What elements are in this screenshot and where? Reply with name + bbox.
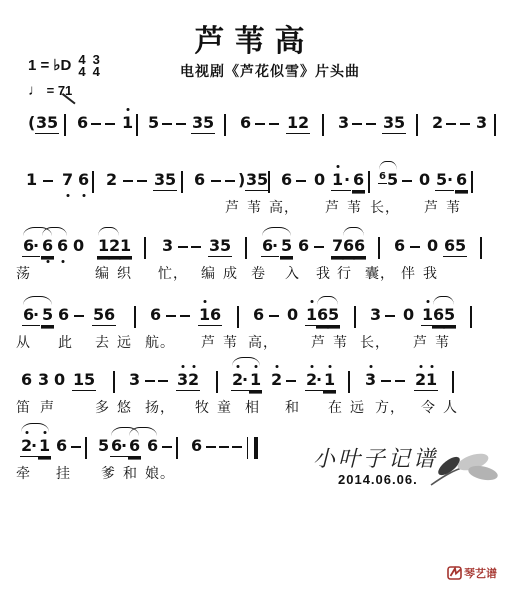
lyric: 爹 [101,463,116,483]
note: 6 [297,236,310,256]
lyric: 长， [360,332,390,352]
augmentation-dot: · [30,436,38,457]
note: 5 [41,305,54,326]
duration-dash [366,123,376,125]
barline [176,437,178,459]
note: 3 [128,370,141,390]
note: 5 [83,370,96,391]
note: 6 [41,236,54,257]
lyric: 高， [269,197,299,217]
note: 6 [455,170,468,191]
lyric: 航。 [145,332,175,352]
duration-dash [269,315,279,317]
note: 1 [323,370,336,391]
barline [268,171,270,193]
note: 6 [146,436,159,456]
note: 6 [280,170,293,190]
note: 6 [103,305,116,326]
lyric: 牧 [195,397,210,417]
duration-dash [219,446,229,448]
augmentation-dot: · [32,305,40,326]
note: 2 [297,113,310,134]
lyric: 芦 [225,197,240,217]
note: 2 [187,370,200,391]
note: 3 [161,236,174,256]
slur [232,357,260,366]
note: 6 [56,236,69,256]
barline [470,306,472,328]
lyric: 声 [40,397,55,417]
note: 6 [209,305,222,326]
barline [480,237,482,259]
barline [237,306,239,328]
note: 6 [239,113,252,133]
lyric: 芦 [424,197,439,217]
duration-dash [255,123,265,125]
rest: 0 [53,370,66,390]
logo-text: 琴艺谱 [464,565,497,581]
barline [181,171,183,193]
lyric: 扬， [145,397,175,417]
slur [343,227,364,236]
duration-dash [123,180,133,182]
note: 6 [76,113,89,133]
barline [471,171,473,193]
note: 5 [280,236,293,257]
barline [245,237,247,259]
note: 5 [147,113,160,133]
duration-dash [166,315,176,317]
lyric: 远 [350,397,365,417]
barline [348,371,350,393]
note: 5 [393,113,406,134]
note: 3 [337,113,350,133]
lyric: 我 [423,263,438,283]
duration-dash [162,123,172,125]
lyric: 去 [95,332,110,352]
lyric: 行 [337,263,352,283]
barline [416,114,418,136]
duration-dash [395,380,405,382]
lyric: 娘。 [145,463,175,483]
note: 3 [475,113,488,133]
lyric: 我 [316,263,331,283]
note: 5 [46,113,59,134]
duration-dash [43,180,53,182]
lyric: 此 [58,332,73,352]
duration-dash [460,123,470,125]
note: 6 [20,370,33,390]
transcription-date: 2014.06.06. [338,472,418,487]
lyric: 悠 [117,397,132,417]
duration-dash [145,380,155,382]
barline [368,171,370,193]
slur [42,227,67,236]
duration-dash [286,380,296,382]
slur [98,227,119,236]
duration-dash [446,123,456,125]
rest: 0 [418,170,431,190]
rest: 0 [72,236,85,256]
augmentation-dot: · [315,370,323,391]
note: 6 [55,436,68,456]
duration-dash [381,380,391,382]
barline [136,114,138,136]
slur [23,296,52,305]
duration-dash [71,446,81,448]
lyric: 织 [117,263,132,283]
lyric: 苇 [333,332,348,352]
barline [92,171,94,193]
lyric: 芦 [325,197,340,217]
note: 3 [364,370,377,390]
note: 5 [219,236,232,257]
slur [379,161,397,170]
lyric: 和 [123,463,138,483]
sheet-music-page: 芦苇高 电视剧《芦花似雪》片头曲 1 = ♭D4434 ♩ = 71 (3561… [0,0,509,589]
duration-dash [232,446,242,448]
duration-dash [180,315,190,317]
note: 5 [164,170,177,191]
note: 5 [202,113,215,134]
barline [494,114,496,136]
note: 1 [249,370,262,391]
note: 6 [190,436,203,456]
note: 6 [393,236,406,256]
lyric: 荡 [16,263,31,283]
lyric: 长， [370,197,400,217]
note: 1 [119,236,132,257]
slur [262,227,291,236]
leaf-decoration [425,440,503,490]
final-barline [247,437,258,459]
rest: 0 [313,170,326,190]
lyric: 芦 [201,332,216,352]
barline [144,237,146,259]
note: 2 [270,370,283,390]
note: 6 [193,170,206,190]
lyric: 在 [328,397,343,417]
lyric: 忙， [158,263,188,283]
lyric: 苇 [435,332,450,352]
duration-dash [314,246,324,248]
duration-dash [410,246,420,248]
lyric: 远 [117,332,132,352]
lyric: 牵 [16,463,31,483]
note: 6 [252,305,265,325]
music-line: 6·6601213356·567666065荡编织忙，编成卷入我行囊，伴我 [0,236,509,294]
lyric: 苇 [446,197,461,217]
lyric: 人 [443,397,458,417]
lyric: 入 [285,263,300,283]
note: 3 [37,370,50,390]
duration-dash [91,123,101,125]
music-line: 1762356)35601·66505·6芦苇高，芦苇长，芦苇 [0,170,509,228]
lyric: 挂 [56,463,71,483]
lyric: 伴 [401,263,416,283]
lyric: 囊， [365,263,395,283]
lyric: 编 [95,263,110,283]
note: 1 [121,113,134,133]
note: 6 [77,170,90,190]
duration-dash [178,246,188,248]
transcriber-credit: 小叶子记谱 [313,442,438,473]
duration-dash [225,180,235,182]
barline [354,306,356,328]
rest: 0 [426,236,439,256]
note: 5 [386,170,399,190]
barline [378,237,380,259]
note: 6 [149,305,162,325]
logo-icon [447,565,463,581]
note: 1 [425,370,438,391]
note: 6 [353,236,366,257]
music-line: 630153322·122·1321笛声多悠扬，牧童相和在远方，令人 [0,370,509,428]
site-logo: 琴艺谱 [447,565,497,581]
music-line: (356153561233523 [0,113,509,171]
slur [433,296,454,305]
lyric: 苇 [247,197,262,217]
lyric: 苇 [347,197,362,217]
lyric: 多 [95,397,110,417]
lyric: 芦 [413,332,428,352]
lyric: 方， [375,397,405,417]
duration-dash [137,180,147,182]
lyric: 编 [201,263,216,283]
barline [224,114,226,136]
lyric: 令 [421,397,436,417]
note: 1 [25,170,38,190]
lyric: 相 [245,397,260,417]
barline [113,371,115,393]
augmentation-dot: · [241,370,249,391]
lyric: 芦 [311,332,326,352]
note: 5 [443,305,456,326]
lyric: 童 [217,397,232,417]
note: 5 [97,436,110,456]
duration-dash [402,180,412,182]
barline [64,114,66,136]
note: 6 [128,436,141,457]
barline [216,371,218,393]
note: 2 [431,113,444,133]
augmentation-dot: · [343,170,351,191]
duration-dash [158,380,168,382]
rest: 0 [402,305,415,325]
lyric: 成 [223,263,238,283]
duration-dash [74,315,84,317]
slur [129,427,157,436]
duration-dash [162,446,172,448]
barline [322,114,324,136]
slur [317,296,338,305]
augmentation-dot: · [446,170,454,191]
note: 5 [327,305,340,326]
lyric: 高， [248,332,278,352]
augmentation-dot: · [271,236,279,257]
lyric: 从 [16,332,31,352]
barline [85,437,87,459]
rest: 0 [286,305,299,325]
music-line: 6·56566166016530165从此去远航。芦苇高，芦苇长，芦苇 [0,305,509,363]
note: 2 [105,170,118,190]
note: 5 [454,236,467,257]
duration-dash [191,246,201,248]
lyric: 笛 [16,397,31,417]
duration-dash [352,123,362,125]
slur [21,423,49,432]
note: 6 [352,170,365,191]
barline [452,371,454,393]
duration-dash [176,123,186,125]
lyric: 苇 [223,332,238,352]
lyric: 卷 [251,263,266,283]
note: 1 [38,436,51,457]
duration-dash [385,315,395,317]
note: 6 [57,305,70,325]
duration-dash [105,123,115,125]
duration-dash [269,123,279,125]
lyric: 和 [285,397,300,417]
note: 7 [61,170,74,190]
duration-dash [296,180,306,182]
augmentation-dot: · [120,436,128,457]
duration-dash [211,180,221,182]
barline [134,306,136,328]
note: 3 [369,305,382,325]
augmentation-dot: · [32,236,40,257]
duration-dash [206,446,216,448]
